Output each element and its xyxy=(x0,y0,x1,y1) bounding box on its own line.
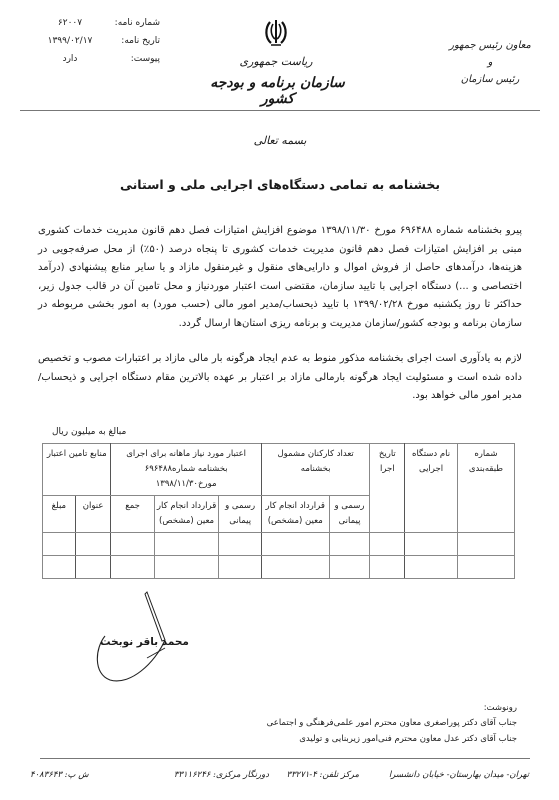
attachment-value: دارد xyxy=(30,54,110,64)
footer-divider xyxy=(40,758,530,759)
letter-date-row: ۱۳۹۹/۰۲/۱۷ تاریخ نامه: xyxy=(30,36,160,46)
subheader-credit-total: جمع xyxy=(111,496,154,533)
table-cell xyxy=(111,533,154,556)
rank-line-2: و xyxy=(440,57,540,68)
table-row xyxy=(43,533,515,556)
table-cell xyxy=(154,533,219,556)
letter-number-row: ۶۲۰۰۷ شماره نامه: xyxy=(30,18,160,28)
table-cell xyxy=(43,556,76,579)
subheader-staff-contract: قرارداد انجام کار معین (مشخص) xyxy=(261,496,329,533)
org-name: سازمان برنامه و بودجه کشور xyxy=(205,75,350,107)
header-exec-date: تاریخ اجرا xyxy=(370,444,405,533)
table-header-row: شماره طبقه‌بندی نام دستگاه اجرایی تاریخ … xyxy=(43,444,515,496)
org-subtitle: ریاست جمهوری xyxy=(220,55,332,68)
iran-emblem-icon xyxy=(263,18,289,48)
letter-number-label: شماره نامه: xyxy=(110,18,160,28)
header-divider xyxy=(20,110,540,111)
subheader-credit-contract: قرارداد انجام کار معین (مشخص) xyxy=(154,496,219,533)
body-paragraph-1: پیرو بخشنامه شماره ۶۹۶۴۸۸ مورخ ۱۳۹۸/۱۱/۳… xyxy=(38,222,522,333)
letter-date-label: تاریخ نامه: xyxy=(110,36,160,46)
rank-line-1: معاون رئیس جمهور xyxy=(440,40,540,51)
footer-fax: دورنگار مرکزی: ۳۳۱۱۶۲۴۶ xyxy=(174,770,269,780)
table-unit-note: مبالغ به میلیون ریال xyxy=(52,427,126,437)
table-cell xyxy=(329,556,370,579)
table-cell xyxy=(261,533,329,556)
subheader-staff-official: رسمی و پیمانی xyxy=(329,496,370,533)
body-paragraph-2: لازم به یادآوری است اجرای بخشنامه مذکور … xyxy=(38,350,522,406)
table-cell xyxy=(261,556,329,579)
letter-number-value: ۶۲۰۰۷ xyxy=(30,18,110,28)
rank-line-3: رئیس سازمان xyxy=(440,74,540,85)
table-cell xyxy=(219,533,261,556)
cc-item: جناب آقای دکتر عدل معاون محترم فنی‌امور … xyxy=(299,734,517,744)
signature-scribble xyxy=(85,568,195,698)
table-cell xyxy=(457,533,514,556)
cc-label: رونوشت: xyxy=(484,703,517,713)
signer-name: محمد باقر نوبخت xyxy=(100,636,189,648)
table-cell xyxy=(405,533,458,556)
table-cell xyxy=(75,533,111,556)
funding-table: شماره طبقه‌بندی نام دستگاه اجرایی تاریخ … xyxy=(42,443,515,579)
header-staff-count: تعداد کارکنان مشمول بخشنامه xyxy=(261,444,370,496)
table-cell xyxy=(457,556,514,579)
document-title: بخشنامه به تمامی دستگاه‌های اجرایی ملی و… xyxy=(60,177,500,192)
footer-phone: مرکز تلفن: ۴-۳۳۲۷۱ xyxy=(287,770,359,780)
attachment-label: پیوست: xyxy=(110,54,160,64)
header-agency-name: نام دستگاه اجرایی xyxy=(405,444,458,533)
subheader-source-title: عنوان xyxy=(75,496,111,533)
attachment-row: دارد پیوست: xyxy=(30,54,160,64)
header-classification-no: شماره طبقه‌بندی xyxy=(457,444,514,533)
table-cell xyxy=(329,533,370,556)
header-funding-source: منابع تامین اعتبار xyxy=(43,444,111,496)
table-cell xyxy=(370,533,405,556)
subheader-credit-official: رسمی و پیمانی xyxy=(219,496,261,533)
table-cell xyxy=(43,533,76,556)
letter-date-value: ۱۳۹۹/۰۲/۱۷ xyxy=(30,36,110,46)
table-cell xyxy=(370,556,405,579)
footer-address: تهران- میدان بهارستان- خیابان دانشسرا xyxy=(389,770,529,780)
cc-item: جناب آقای دکتر پوراصغری معاون محترم امور… xyxy=(267,718,517,728)
bismillah: بسمه تعالی xyxy=(220,134,340,147)
table-cell xyxy=(405,556,458,579)
table-cell xyxy=(219,556,261,579)
header-monthly-credit: اعتبار مورد نیاز ماهانه برای اجرای بخشنا… xyxy=(111,444,261,496)
footer-postal: ش پ: ۴۰۸۳۶۴۳ xyxy=(30,770,89,780)
subheader-source-amount: مبلغ xyxy=(43,496,76,533)
